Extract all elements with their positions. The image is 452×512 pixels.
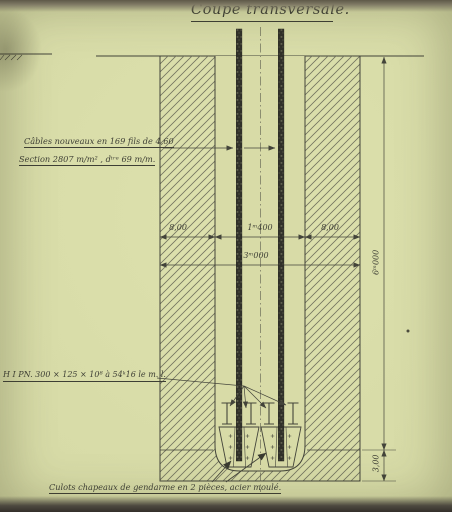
scanned-drawing-page: Coupe transversale. Câbles nouveaux en 1… xyxy=(0,0,452,512)
dim-label-depth: 6ᵐ000 xyxy=(373,242,382,282)
annotation-socket: Culots chapeaux de gendarme en 2 pièces,… xyxy=(49,483,281,494)
dim-label-slab: 3,00 xyxy=(373,444,382,482)
annotation-cables-line2: Section 2807 m/m² , dᵗʳᵉ 69 m/m. xyxy=(19,155,155,166)
wall-right-hatch xyxy=(305,56,360,452)
dim-label-center-span: 1ᵐ400 xyxy=(240,224,280,233)
wall-left-hatch xyxy=(160,56,215,452)
shaft-cavity xyxy=(215,56,305,471)
cross-section-drawing xyxy=(0,0,452,512)
annotation-cables-line1: Câbles nouveaux en 169 fils de 4,60 xyxy=(24,137,174,148)
dim-label-wall-left: 8,00 xyxy=(158,224,198,233)
annotation-beam: H I PN. 300 × 125 × 10⁸ à 54ᵏ16 le m. l. xyxy=(3,371,166,382)
drawing-title: Coupe transversale. xyxy=(191,3,333,22)
dim-label-wall-right: 8,00 xyxy=(310,224,350,233)
dim-label-total-width: 3ᵐ000 xyxy=(236,252,276,261)
cable-right xyxy=(278,29,284,461)
photo-speck xyxy=(407,330,410,333)
